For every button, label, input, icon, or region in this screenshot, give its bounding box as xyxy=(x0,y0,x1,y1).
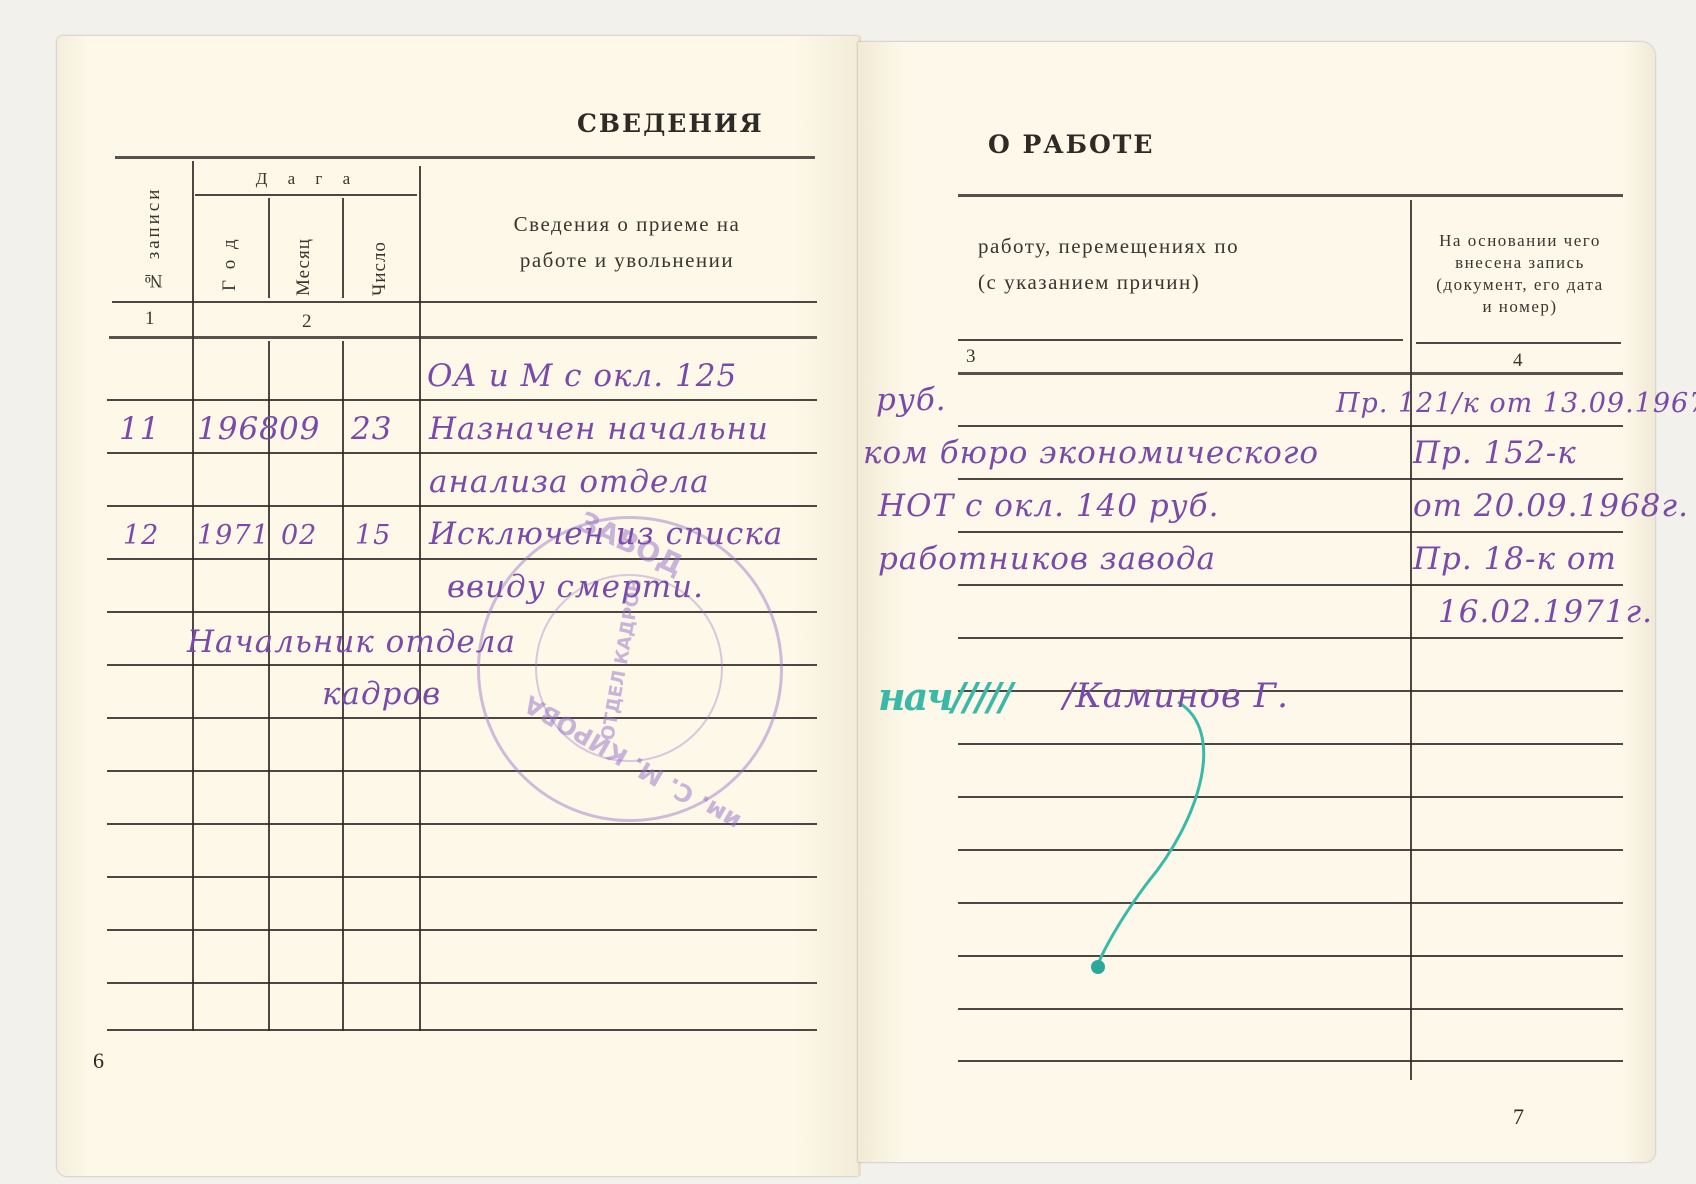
col-divider-1 xyxy=(192,161,194,1031)
entry-2-info-right: НОТ с окл. 140 руб. xyxy=(878,488,1219,524)
signatory-title-line2: кадров xyxy=(322,676,441,712)
column-number-2: 2 xyxy=(302,311,312,333)
header-bottom-rule-right-a xyxy=(958,339,1403,341)
row-rule xyxy=(107,399,817,401)
table-top-rule-right xyxy=(958,194,1623,197)
entry-1-record-no: 11 xyxy=(119,411,160,447)
signature-tail-stroke xyxy=(1028,692,1248,992)
header-info-left-line2: работе и увольнении xyxy=(437,242,817,278)
row-rule xyxy=(107,982,817,984)
entry-1-month: 09 xyxy=(279,411,320,447)
header-basis-line2: внесена запись xyxy=(1416,252,1624,274)
row-rule xyxy=(958,1060,1623,1062)
signatory-name: /Каминов Г. xyxy=(1063,676,1289,716)
entry-1-basis: Пр. 152-к xyxy=(1413,435,1577,471)
header-year: Г о д xyxy=(219,226,241,291)
header-month: Месяц xyxy=(293,221,315,296)
col-divider-year-month xyxy=(268,198,270,298)
entry-2-info-left: анализа отдела xyxy=(429,464,710,500)
signatory-title-line1: Начальник отдела xyxy=(187,624,516,660)
entry-1-info-right: ком бюро экономического xyxy=(863,435,1319,471)
entry-3-month: 02 xyxy=(281,520,317,551)
header-basis-line1: На основании чего xyxy=(1416,230,1624,252)
header-info-left-line1: Сведения о приеме на xyxy=(437,206,817,242)
header-basis-line4: и номер) xyxy=(1416,296,1624,318)
work-record-book: СВЕДЕНИЯ № записи Д а г а Г о д Месяц Чи… xyxy=(57,36,1655,1176)
header-bottom-rule-right-b xyxy=(1416,342,1621,344)
entry-1-year: 1968 xyxy=(197,411,280,447)
official-stamp: ЗАВОД им. С. М. КИРОВА ОТДЕЛ КАДРОВ xyxy=(477,516,783,822)
left-page: СВЕДЕНИЯ № записи Д а г а Г о д Месяц Чи… xyxy=(57,36,858,1176)
header-basis-line3: (документ, его дата xyxy=(1416,274,1624,296)
column-number-rule-right xyxy=(958,372,1623,375)
date-group-underline xyxy=(195,194,417,196)
entry-4-info-left: ввиду смерти. xyxy=(447,569,704,605)
entry-3-day: 15 xyxy=(355,520,391,551)
header-info-right-line1: работу, перемещениях по xyxy=(978,228,1239,264)
row-rule xyxy=(958,1008,1623,1010)
row-rule xyxy=(958,425,1623,427)
entry-3-info-left: Исключен из списка xyxy=(429,516,783,552)
entry-3-info-right: работников завода xyxy=(878,541,1216,577)
entry-0-info-left: ОА и М с окл. 125 xyxy=(427,358,737,394)
header-basis: На основании чего внесена запись (докуме… xyxy=(1416,230,1624,318)
page-title-left: СВЕДЕНИЯ xyxy=(577,109,764,138)
row-rule xyxy=(107,505,817,507)
header-day: Число xyxy=(369,221,391,296)
signature-mark: нач///// xyxy=(878,674,1011,719)
entry-3-record-no: 12 xyxy=(123,520,159,551)
row-rule xyxy=(107,452,817,454)
header-date-group: Д а г а xyxy=(207,168,407,190)
header-info-right-line2: (с указанием причин) xyxy=(978,264,1239,300)
row-rule xyxy=(107,876,817,878)
entry-0-basis: Пр. 121/к от 13.09.1967 xyxy=(1336,388,1696,419)
entry-3-year: 1971 xyxy=(197,520,270,551)
col-divider-month-day xyxy=(342,198,344,298)
entry-4-basis: 16.02.1971г. xyxy=(1438,594,1653,630)
entry-2-basis: от 20.09.1968г. xyxy=(1413,488,1689,524)
header-record-no: № записи xyxy=(143,201,165,291)
column-number-4: 4 xyxy=(1513,350,1523,372)
row-rule xyxy=(958,478,1623,480)
right-page: О РАБОТЕ работу, перемещениях по (с указ… xyxy=(858,42,1655,1162)
entry-1-day: 23 xyxy=(351,411,392,447)
page-number-left: 6 xyxy=(93,1048,104,1074)
col-divider-basis xyxy=(1410,200,1412,1080)
row-rule xyxy=(958,637,1623,639)
row-rule xyxy=(958,531,1623,533)
column-number-1: 1 xyxy=(145,308,155,330)
header-bottom-rule xyxy=(112,301,817,303)
entry-3-basis: Пр. 18-к от xyxy=(1413,541,1617,577)
row-rule xyxy=(958,584,1623,586)
col-divider-date-end xyxy=(419,166,421,1031)
row-rule xyxy=(107,929,817,931)
column-number-rule xyxy=(109,336,817,339)
entry-1-info-left: Назначен начальни xyxy=(429,411,769,447)
table-top-rule xyxy=(115,156,815,159)
header-info-right: работу, перемещениях по (с указанием при… xyxy=(978,228,1239,300)
entry-0-info-right: руб. xyxy=(876,382,947,418)
page-number-right: 7 xyxy=(1513,1104,1524,1130)
row-rule xyxy=(107,1029,817,1031)
header-info-left: Сведения о приеме на работе и увольнении xyxy=(437,206,817,278)
column-number-3: 3 xyxy=(966,346,976,368)
page-title-right: О РАБОТЕ xyxy=(988,130,1154,159)
